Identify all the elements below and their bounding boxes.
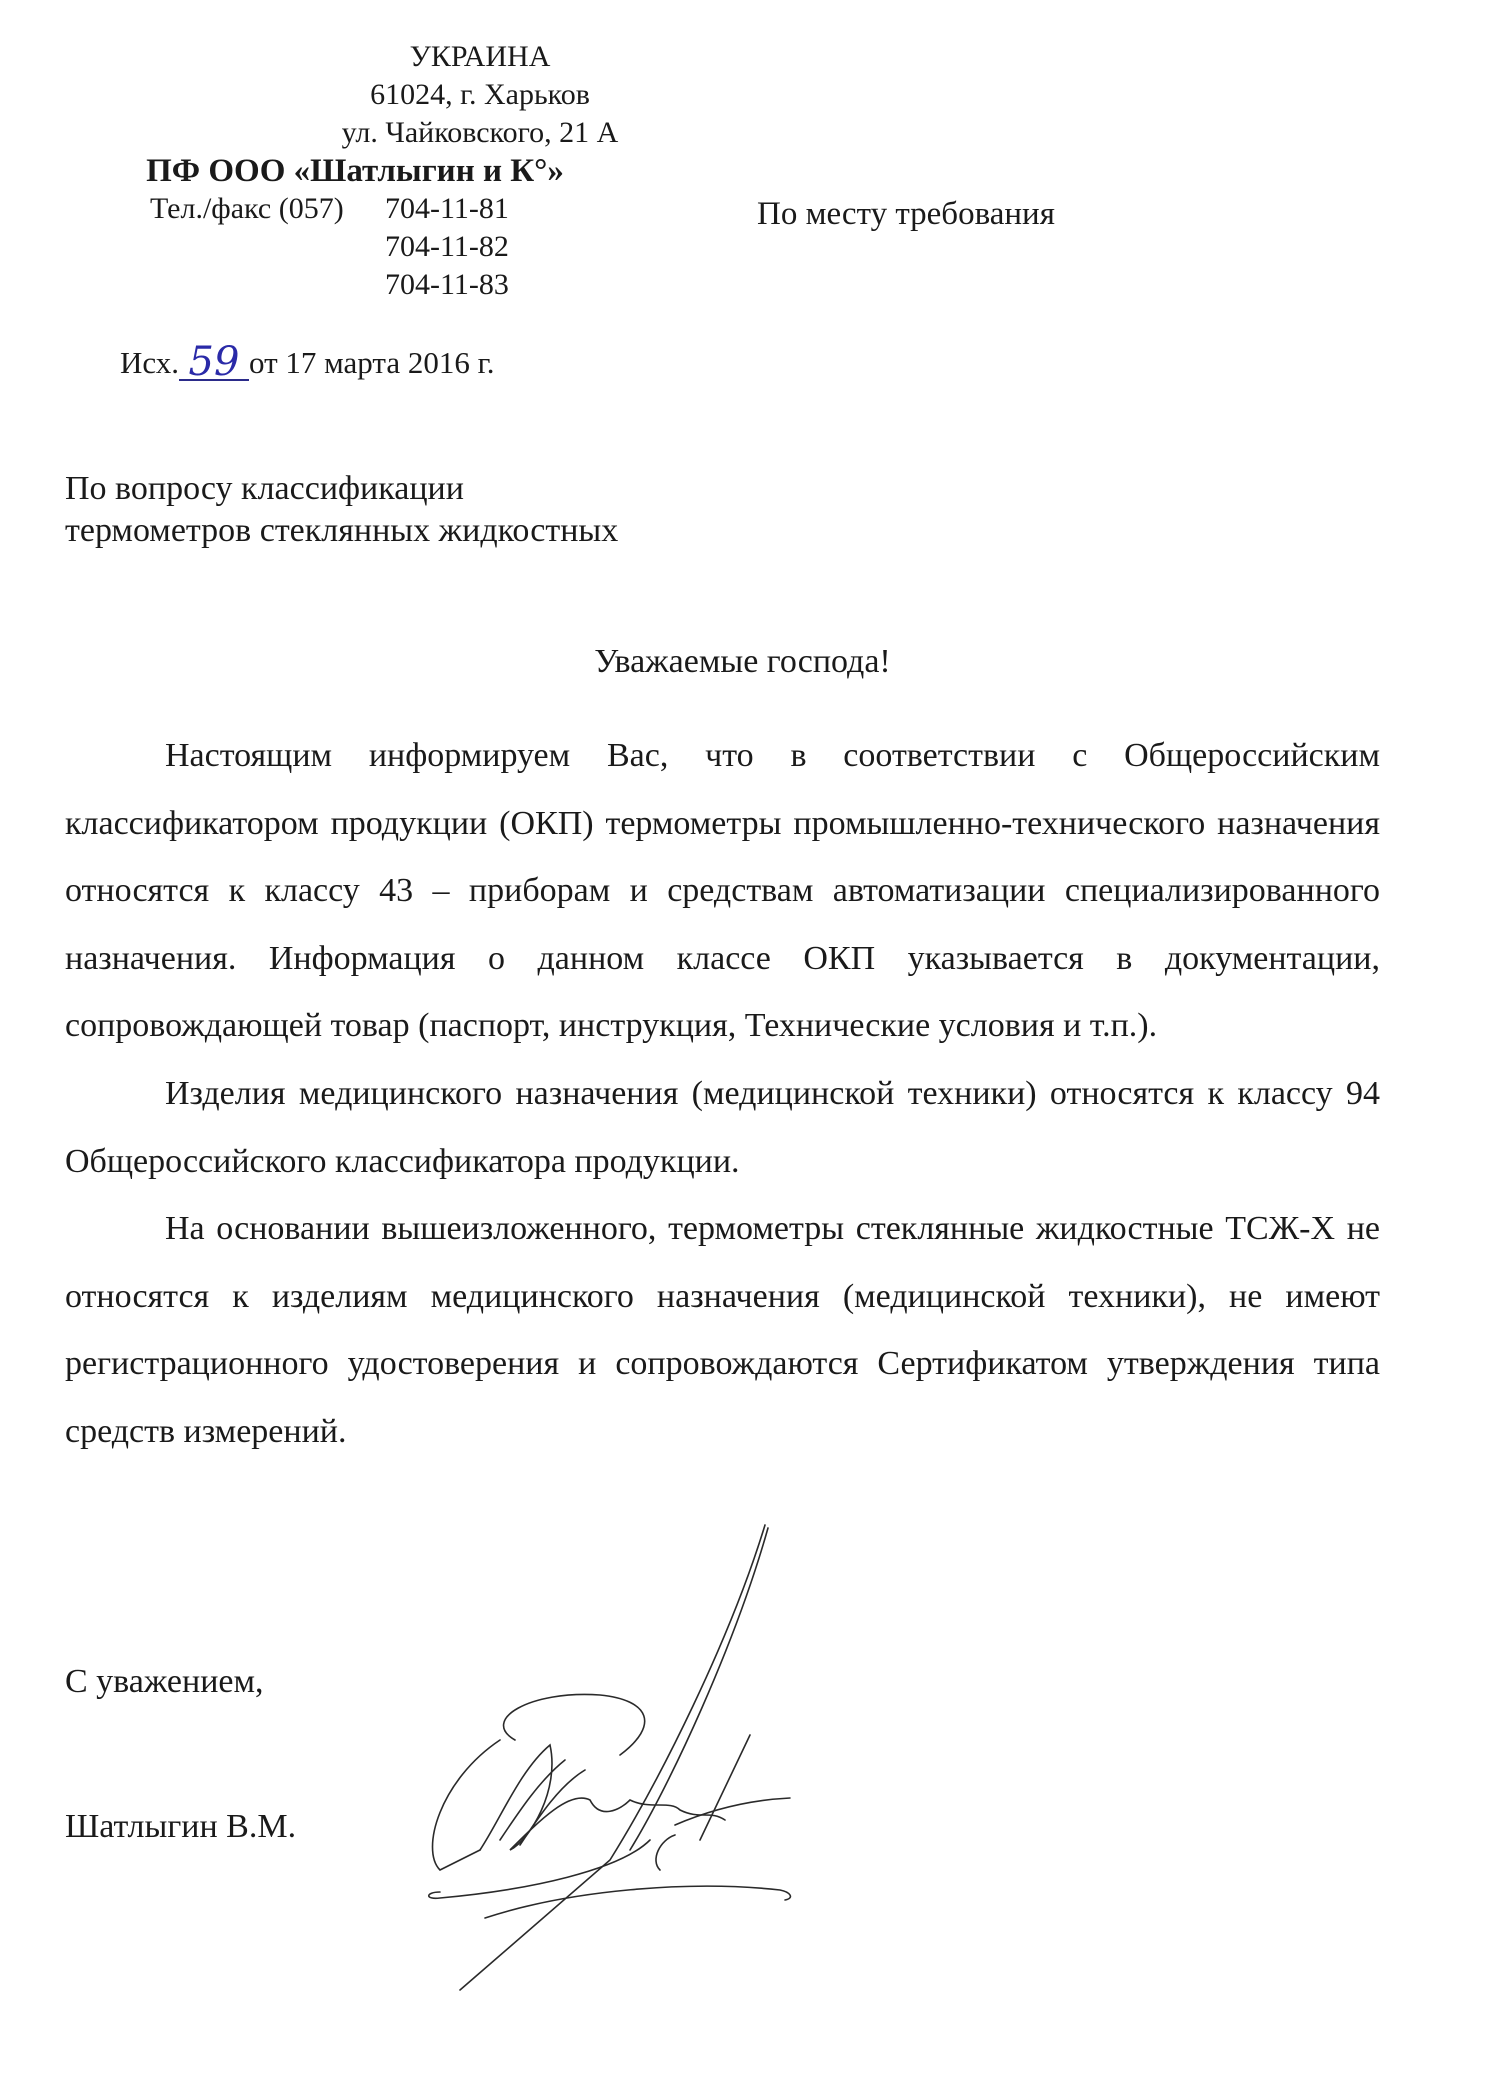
letterhead-phone-label: Тел./факс (057) [150,190,344,228]
reference-date: от 17 марта 2016 г. [249,345,495,380]
body-paragraph: На основании вышеизложенного, термометры… [65,1195,1380,1465]
phone-number: 704-11-81 [385,190,509,228]
handwritten-signature [330,1520,930,2000]
letterhead-street: ул. Чайковского, 21 А [180,114,780,152]
signer-name: Шатлыгин В.М. [65,1808,296,1846]
greeting: Уважаемые господа! [0,643,1485,681]
letterhead-company: ПФ ООО «Шатлыгин и К°» [75,152,635,190]
body-paragraph: Настоящим информируем Вас, что в соответ… [65,722,1380,1060]
subject: По вопросу классификации термометров сте… [65,468,618,552]
reference-number-handwritten: 59 [179,345,249,381]
recipient: По месту требования [757,196,1055,233]
letterhead-country: УКРАИНА [180,38,780,76]
phone-number: 704-11-82 [385,228,509,266]
subject-line-1: По вопросу классификации [65,468,618,510]
phone-number: 704-11-83 [385,266,509,304]
letterhead-postal-city: 61024, г. Харьков [180,76,780,114]
reference-line: Исх.59от 17 марта 2016 г. [120,345,495,381]
letterhead-phones: 704-11-81 704-11-82 704-11-83 [385,190,509,304]
subject-line-2: термометров стеклянных жидкостных [65,510,618,552]
letter-body: Настоящим информируем Вас, что в соответ… [65,722,1380,1466]
closing: С уважением, [65,1663,264,1701]
body-paragraph: Изделия медицинского назначения (медицин… [65,1060,1380,1195]
reference-prefix: Исх. [120,345,179,380]
